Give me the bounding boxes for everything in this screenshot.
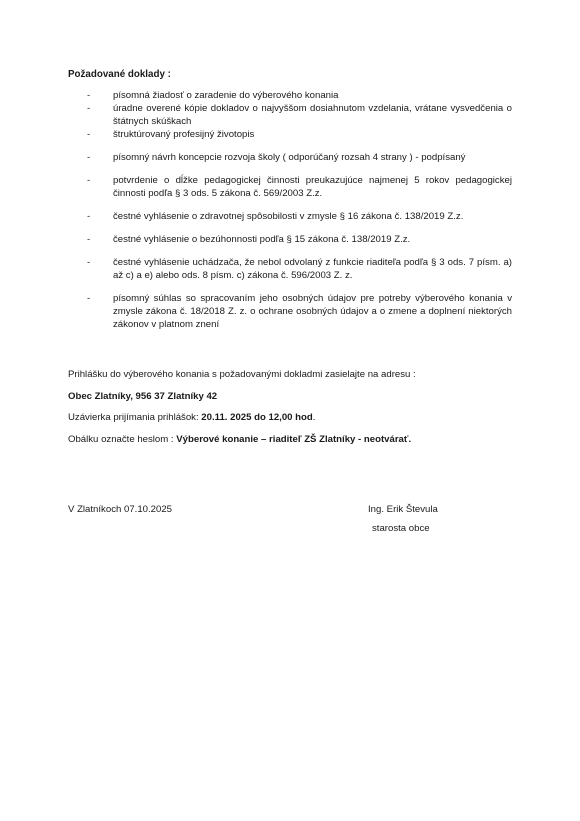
list-item: - písomný návrh koncepcie rozvoja školy … [68,151,512,164]
list-item: - písomný súhlas so spracovaním jeho oso… [68,292,512,331]
envelope-label: Obálku označte heslom : [68,434,176,445]
list-dash-marker: - [87,102,90,115]
list-dash-marker: - [87,128,90,141]
required-documents-list: - písomná žiadosť o zaradenie do výberov… [68,89,512,331]
list-item-text: písomný návrh koncepcie rozvoja školy ( … [113,152,465,163]
address: Obec Zlatníky, 956 37 Zlatníky 42 [68,390,217,403]
list-dash-marker: - [87,256,90,269]
list-item-text: písomná žiadosť o zaradenie do výberovéh… [113,90,338,101]
list-dash-marker: - [87,89,90,102]
list-item: - čestné vyhlásenie o bezúhonnosti podľa… [68,233,512,246]
submission-intro: Prihlášku do výberového konania s požado… [68,368,416,381]
list-item-text: štruktúrovaný profesijný životopis [113,129,254,140]
list-dash-marker: - [87,233,90,246]
place-and-date: V Zlatníkoch 07.10.2025 [68,503,172,516]
signatory-name: Ing. Erik Števula [368,503,438,516]
signatory-title: starosta obce [372,522,430,535]
list-item: - čestné vyhlásenie o zdravotnej spôsobi… [68,210,512,223]
list-dash-marker: - [87,174,90,187]
list-dash-marker: - [87,210,90,223]
list-item-text: úradne overené kópie dokladov o najvyššo… [113,103,512,127]
deadline-label: Uzávierka prijímania prihlášok: [68,412,201,423]
list-item: - písomná žiadosť o zaradenie do výberov… [68,89,512,102]
list-item: - potvrdenie o dĺžke pedagogickej činnos… [68,174,512,200]
required-documents-heading: Požadované doklady : [68,68,171,81]
document-page: Požadované doklady : - písomná žiadosť o… [0,0,580,821]
list-item-text: čestné vyhlásenie uchádzača, že nebol od… [113,257,512,281]
list-dash-marker: - [87,292,90,305]
envelope-value: Výberové konanie – riaditeľ ZŠ Zlatníky … [176,434,411,445]
list-item-text: písomný súhlas so spracovaním jeho osobn… [113,293,512,330]
envelope-line: Obálku označte heslom : Výberové konanie… [68,433,411,446]
deadline-value: 20.11. 2025 do 12,00 hod [201,412,312,423]
list-item: - úradne overené kópie dokladov o najvyš… [68,102,512,128]
list-item-text: čestné vyhlásenie o bezúhonnosti podľa §… [113,234,410,245]
list-dash-marker: - [87,151,90,164]
deadline-suffix: . [313,412,316,423]
list-item-text: potvrdenie o dĺžke pedagogickej činnosti… [113,175,512,199]
list-item-text: čestné vyhlásenie o zdravotnej spôsobilo… [113,211,463,222]
list-item: - čestné vyhlásenie uchádzača, že nebol … [68,256,512,282]
list-item: - štruktúrovaný profesijný životopis [68,128,512,141]
deadline-line: Uzávierka prijímania prihlášok: 20.11. 2… [68,411,315,424]
